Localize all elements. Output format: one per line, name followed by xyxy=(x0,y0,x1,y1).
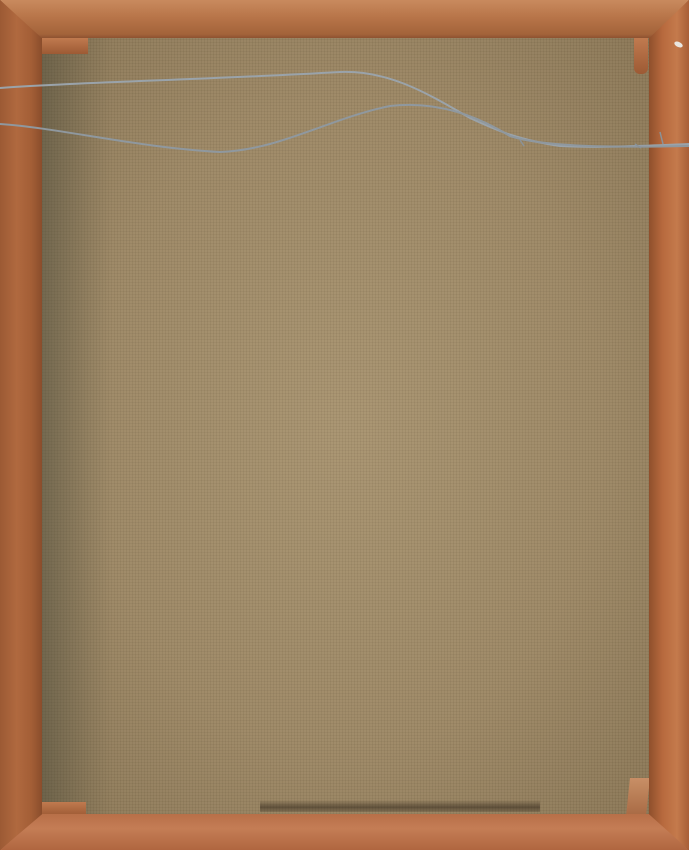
corner-key-bottom-right xyxy=(626,778,650,816)
frame-bottom-rail xyxy=(0,814,689,850)
canvas-stain-bottom xyxy=(260,800,540,812)
hanging-wire xyxy=(0,0,689,200)
corner-key-bottom-left xyxy=(42,802,86,816)
framed-canvas-back-photo xyxy=(0,0,689,850)
